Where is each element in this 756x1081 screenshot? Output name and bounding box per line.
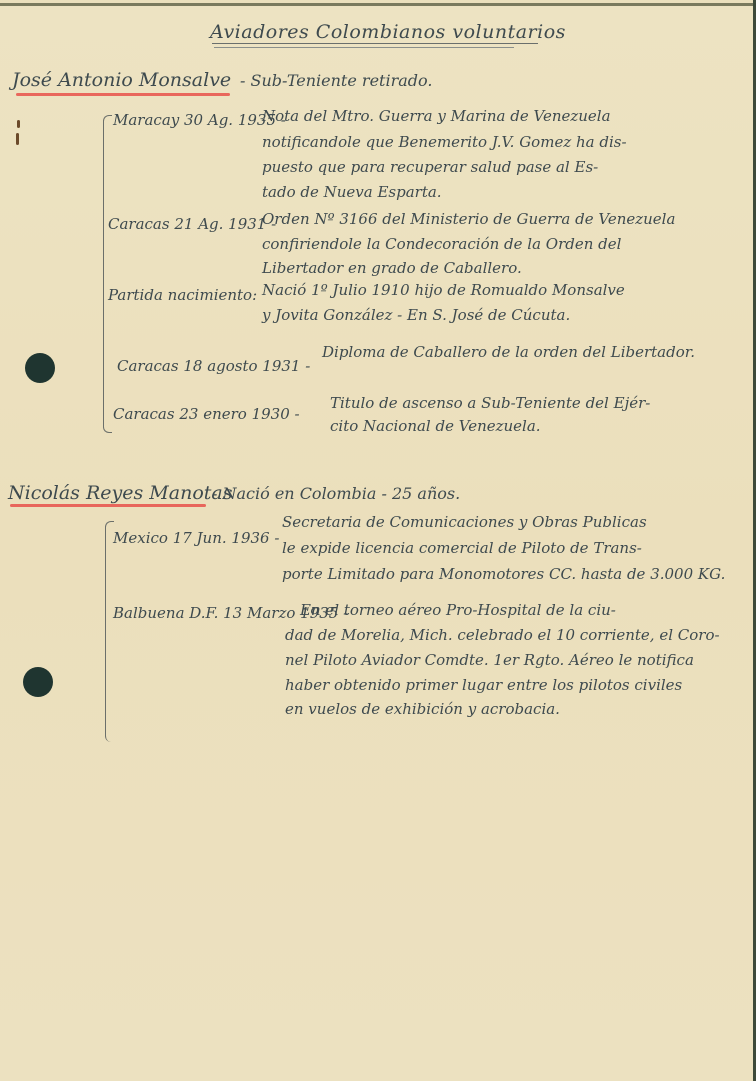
entry-line: notificandole que Benemerito J.V. Gomez …: [262, 133, 627, 151]
entry-line: Libertador en grado de Caballero.: [262, 259, 522, 277]
entry-line: Nota del Mtro. Guerra y Marina de Venezu…: [262, 107, 611, 125]
punch-hole: [25, 353, 55, 383]
document-page: Aviadores Colombianos voluntarios José A…: [0, 3, 753, 1081]
entry-line: En el torneo aéreo Pro-Hospital de la ci…: [300, 601, 616, 619]
person-name-monsalve: José Antonio Monsalve: [12, 69, 231, 91]
entry-line: le expide licencia comercial de Piloto d…: [282, 539, 642, 557]
entry-line: porte Limitado para Monomotores CC. hast…: [282, 565, 725, 583]
entry-line: y Jovita González - En S. José de Cúcuta…: [262, 306, 570, 324]
entry-date: Caracas 18 agosto 1931 -: [117, 359, 310, 374]
punch-hole: [23, 667, 53, 697]
red-pencil-underline: [16, 93, 230, 96]
entry-line: Nació 1º Julio 1910 hijo de Romualdo Mon…: [262, 281, 625, 299]
entry-line: Diploma de Caballero de la orden del Lib…: [322, 343, 695, 361]
entry-line: dad de Morelia, Mich. celebrado el 10 co…: [285, 626, 720, 644]
margin-mark: [17, 120, 20, 128]
entry-line: Secretaria de Comunicaciones y Obras Pub…: [282, 513, 647, 531]
title-underline-double: [214, 47, 514, 48]
entries-bracket: [103, 115, 112, 433]
entries-bracket: [105, 521, 114, 742]
person-name-reyes-manotas: Nicolás Reyes Manotas: [8, 482, 232, 504]
entry-line: puesto que para recuperar salud pase al …: [262, 158, 598, 176]
entry-line: nel Piloto Aviador Comdte. 1er Rgto. Aér…: [285, 651, 694, 669]
entry-line: Titulo de ascenso a Sub-Teniente del Ejé…: [330, 394, 650, 412]
entry-date: Maracay 30 Ag. 1935 -: [113, 113, 286, 128]
person-description: - Nació en Colombia - 25 años.: [212, 484, 460, 503]
entry-date: Caracas 23 enero 1930 -: [113, 407, 300, 422]
entry-line: cito Nacional de Venezuela.: [330, 417, 541, 435]
title-underline: [212, 43, 538, 44]
margin-mark: [16, 133, 19, 145]
entry-date: Partida nacimiento:: [108, 288, 257, 303]
scan-top-edge: [0, 3, 756, 6]
entry-line: tado de Nueva Esparta.: [262, 183, 442, 201]
page-title: Aviadores Colombianos voluntarios: [210, 21, 566, 43]
entry-line: en vuelos de exhibición y acrobacia.: [285, 700, 560, 718]
entry-line: Orden Nº 3166 del Ministerio de Guerra d…: [262, 210, 675, 228]
entry-date: Caracas 21 Ag. 1931 -: [108, 217, 276, 232]
red-pencil-underline: [10, 504, 206, 507]
entry-date: Mexico 17 Jun. 1936 -: [113, 531, 279, 546]
entry-line: confiriendole la Condecoración de la Ord…: [262, 235, 621, 253]
person-description: - Sub-Teniente retirado.: [240, 71, 432, 90]
entry-line: haber obtenido primer lugar entre los pi…: [285, 676, 682, 694]
